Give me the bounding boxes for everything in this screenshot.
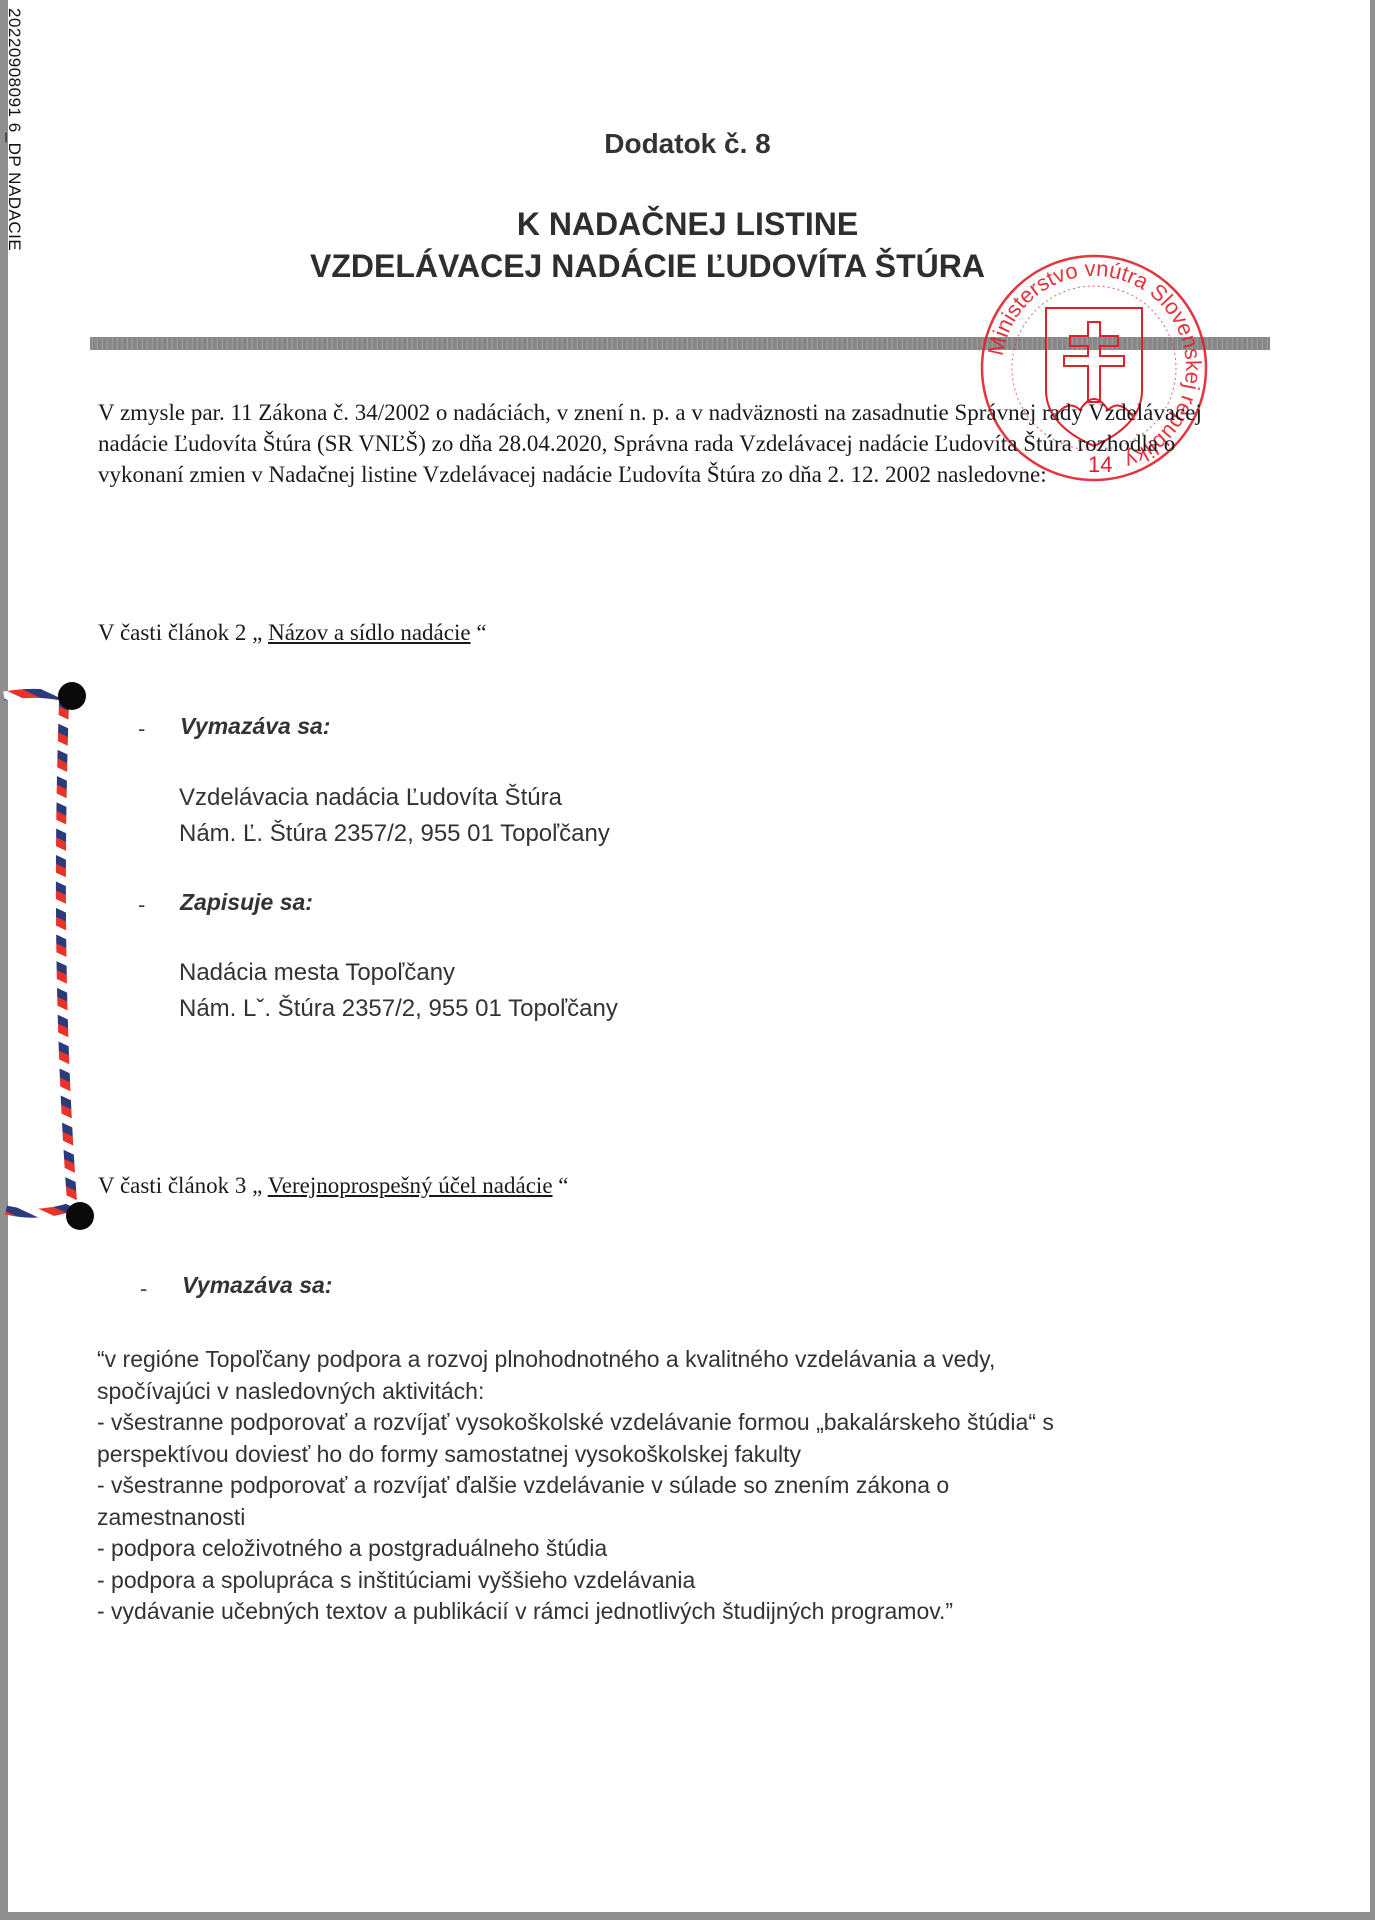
section-article-3-heading: V časti článok 3 „ Verejnoprospešný účel… [98, 1173, 569, 1199]
insert-label: Zapisuje sa: [180, 889, 313, 916]
section-article-2-heading: V časti článok 2 „ Názov a sídlo nadácie… [98, 620, 487, 646]
title-line-2: VZDELÁVACEJ NADÁCIE ĽUDOVÍTA ŠTÚRA [0, 248, 1335, 285]
intro-paragraph: V zmysle par. 11 Zákona č. 34/2002 o nad… [98, 397, 1258, 490]
list-dash: - [140, 1276, 147, 1302]
delete-label: Vymazáva sa: [180, 713, 330, 740]
header-divider [90, 337, 1270, 350]
inserted-address: Nadácia mesta Topoľčany Nám. Lˇ. Štúra 2… [179, 955, 618, 1027]
list-dash: - [138, 716, 145, 742]
delete-label-2: Vymazáva sa: [182, 1272, 332, 1299]
document-number: Dodatok č. 8 [0, 128, 1375, 160]
article-2-title: Názov a sídlo nadácie [268, 620, 470, 645]
title-line-1: K NADAČNEJ LISTINE [0, 206, 1375, 243]
deleted-address: Vzdelávacia nadácia Ľudovíta Štúra Nám. … [179, 780, 610, 852]
list-dash: - [138, 892, 145, 918]
article-3-title: Verejnoprospešný účel nadácie [268, 1173, 553, 1198]
deleted-purpose-text: “v regióne Topoľčany podpora a rozvoj pl… [97, 1344, 1297, 1628]
